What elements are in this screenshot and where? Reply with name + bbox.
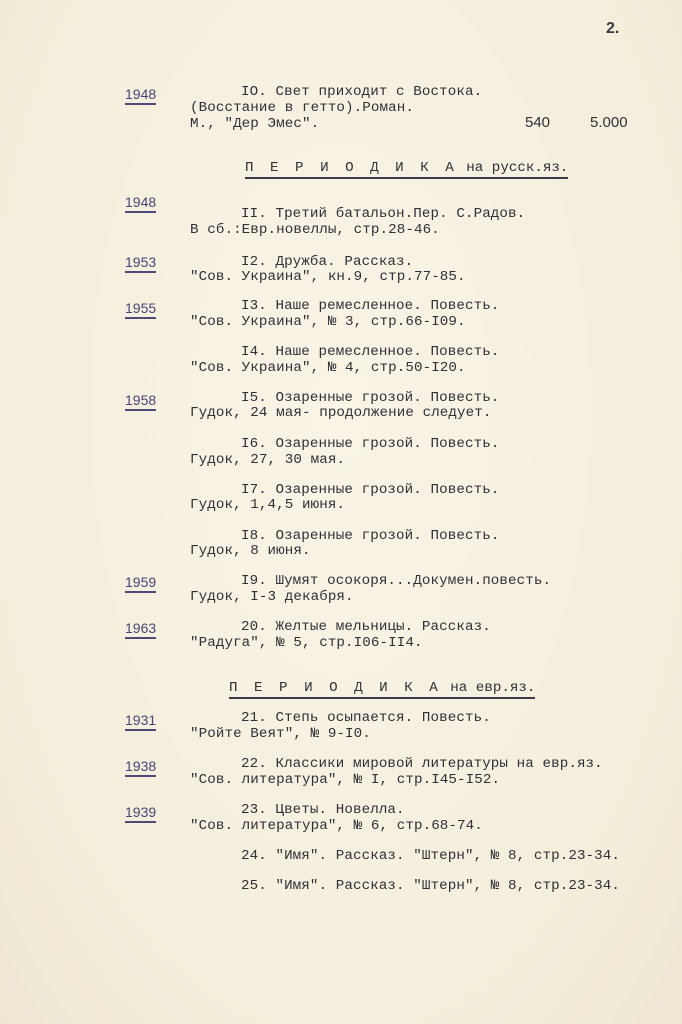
year-label: 1948 — [125, 86, 156, 105]
section-heading-jewish: П Е Р И О Д И К А на евр.яз. — [229, 680, 535, 699]
year-label: 1939 — [125, 804, 156, 823]
page-number: 2. — [606, 20, 619, 38]
entry-source: Гудок, I-3 декабря. — [190, 589, 354, 605]
document-page: 2. 1948 IO. Свет приходит с Востока. (Во… — [0, 0, 682, 1024]
year-label: 1931 — [125, 712, 156, 731]
entry-source: "Ройте Веят", № 9-I0. — [190, 726, 371, 742]
entry-source: Гудок, 27, 30 мая. — [190, 452, 345, 468]
entry-title: IO. Свет приходит с Востока. — [241, 84, 482, 100]
entry-title: I2. Дружба. Рассказ. — [241, 254, 413, 270]
heading-language: на русск.яз. — [458, 160, 569, 176]
entry-title: I9. Шумят осокоря...Докумен.повесть. — [241, 573, 551, 589]
entry-publisher: М., "Дер Эмес". — [190, 116, 319, 132]
year-label: 1958 — [125, 392, 156, 411]
year-label: 1953 — [125, 254, 156, 273]
entry-title: 22. Классики мировой литературы на евр.я… — [241, 756, 603, 772]
heading-periodika: П Е Р И О Д И К А — [245, 160, 458, 176]
entry-source: Гудок, 1,4,5 июня. — [190, 497, 345, 513]
entry-source: "Сов. Украина", № 3, стр.66-I09. — [190, 314, 466, 330]
entry-pages: 540 — [525, 114, 550, 131]
entry-title: 21. Степь осыпается. Повесть. — [241, 710, 491, 726]
heading-periodika: П Е Р И О Д И К А — [229, 680, 442, 696]
entry-source: "Сов. литература", № I, стр.I45-I52. — [190, 772, 500, 788]
entry-copies: 5.000 — [590, 114, 628, 131]
entry-title: 25. "Имя". Рассказ. "Штерн", № 8, стр.23… — [241, 878, 620, 894]
entry-title: I5. Озаренные грозой. Повесть. — [241, 390, 499, 406]
entry-title: 23. Цветы. Новелла. — [241, 802, 405, 818]
entry-title: I6. Озаренные грозой. Повесть. — [241, 436, 499, 452]
entry-source: Гудок, 8 июня. — [190, 543, 311, 559]
heading-language: на евр.яз. — [442, 680, 536, 696]
year-label: 1955 — [125, 300, 156, 319]
entry-title: I4. Наше ремесленное. Повесть. — [241, 344, 499, 360]
entry-subtitle: (Восстание в гетто).Роман. — [190, 100, 414, 116]
year-label: 1959 — [125, 574, 156, 593]
entry-source: "Сов. Украина", кн.9, стр.77-85. — [190, 269, 466, 285]
entry-title: I8. Озаренные грозой. Повесть. — [241, 528, 499, 544]
entry-source: "Радуга", № 5, стр.I06-II4. — [190, 635, 423, 651]
entry-title: 20. Желтые мельницы. Рассказ. — [241, 619, 491, 635]
section-heading-russian: П Е Р И О Д И К А на русск.яз. — [245, 160, 568, 179]
year-label: 1948 — [125, 194, 156, 213]
year-label: 1938 — [125, 758, 156, 777]
entry-title: 24. "Имя". Рассказ. "Штерн", № 8, стр.23… — [241, 848, 620, 864]
entry-title: I3. Наше ремесленное. Повесть. — [241, 298, 499, 314]
entry-source: Гудок, 24 мая- продолжение следует. — [190, 405, 492, 421]
entry-title: I7. Озаренные грозой. Повесть. — [241, 482, 499, 498]
entry-title: II. Третий батальон.Пер. С.Радов. — [241, 206, 525, 222]
entry-source: В сб.:Евр.новеллы, стр.28-46. — [190, 222, 440, 238]
year-label: 1963 — [125, 620, 156, 639]
entry-source: "Сов. литература", № 6, стр.68-74. — [190, 818, 483, 834]
entry-source: "Сов. Украина", № 4, стр.50-I20. — [190, 360, 466, 376]
